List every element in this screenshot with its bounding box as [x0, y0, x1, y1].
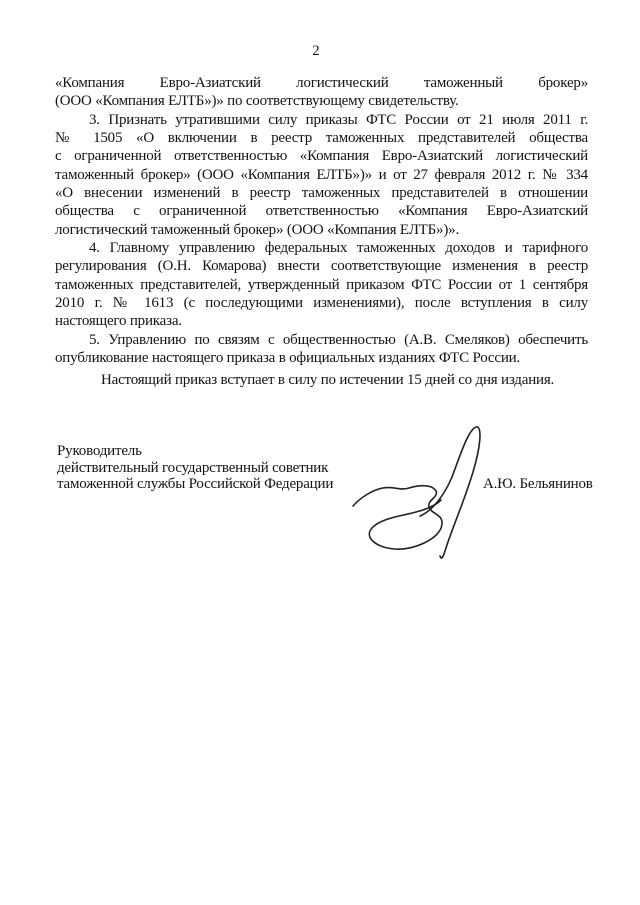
text-line: с ограниченной ответственностью «Компани…	[55, 147, 588, 165]
paragraph-closing: Настоящий приказ вступает в силу по исте…	[55, 371, 588, 389]
paragraph-item-3: 3. Признать утратившими силу приказы ФТС…	[55, 111, 588, 239]
text-line: настоящего приказа.	[55, 312, 588, 330]
handwritten-signature	[345, 418, 500, 568]
document-page: 2 «Компания Евро-Азиатский логистический…	[0, 0, 640, 905]
text-line: «О внесении изменений в реестр таможенны…	[55, 184, 588, 202]
text-line: «Компания Евро-Азиатский логистический т…	[55, 74, 588, 92]
text-line: Настоящий приказ вступает в силу по исте…	[55, 371, 588, 389]
text-line: 2010 г. № 1613 (с последующими изменения…	[55, 294, 588, 312]
text-line: общества с ограниченной ответственностью…	[55, 202, 588, 220]
text-line: 3. Признать утратившими силу приказы ФТС…	[55, 111, 588, 129]
signatory-title-block: Руководитель действительный государствен…	[57, 443, 333, 493]
text-line: № 1505 «О включении в реестр таможенных …	[55, 129, 588, 147]
signatory-title-line: Руководитель	[57, 443, 333, 460]
text-line: 4. Главному управлению федеральных тамож…	[55, 239, 588, 257]
paragraph-item-4: 4. Главному управлению федеральных тамож…	[55, 239, 588, 331]
paragraph-item-5: 5. Управлению по связям с общественность…	[55, 331, 588, 368]
paragraph-continuation-paragraph: «Компания Евро-Азиатский логистический т…	[55, 74, 588, 111]
document-body: «Компания Евро-Азиатский логистический т…	[55, 74, 588, 389]
text-line: таможенный брокер» (ООО «Компания ЕЛТБ»)…	[55, 166, 588, 184]
text-line: (ООО «Компания ЕЛТБ»)» по соответствующе…	[55, 92, 588, 110]
text-line: таможенных представителей, утвержденный …	[55, 276, 588, 294]
text-line: 5. Управлению по связям с общественность…	[55, 331, 588, 349]
text-line: логистический таможенный брокер» (ООО «К…	[55, 221, 588, 239]
page-number: 2	[0, 44, 632, 59]
signatory-title-line: действительный государственный советник	[57, 460, 333, 477]
signatory-title-line: таможенной службы Российской Федерации	[57, 476, 333, 493]
text-line: опубликование настоящего приказа в офици…	[55, 349, 588, 367]
text-line: регулирования (О.Н. Комарова) внести соо…	[55, 257, 588, 275]
signatory-name: А.Ю. Бельянинов	[483, 476, 593, 493]
